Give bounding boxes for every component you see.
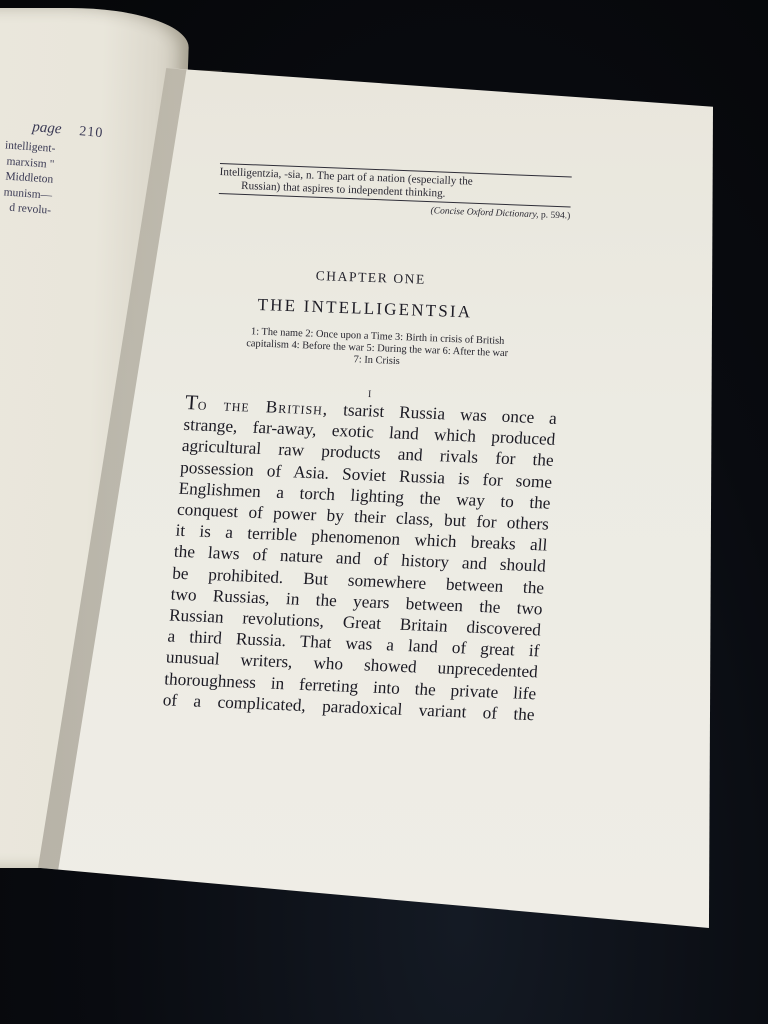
chapter-title: THE INTELLIGENTSIA: [257, 295, 472, 322]
chapter-label: CHAPTER ONE: [315, 268, 426, 288]
right-page-content: Intelligentzia, -sia, n. The part of a n…: [0, 0, 768, 1024]
source-page: p. 594.): [541, 210, 571, 221]
epigraph: Intelligentzia, -sia, n. The part of a n…: [218, 163, 572, 223]
source-title: (Concise Oxford Dictionary,: [430, 206, 538, 220]
body-text: To the British, tsarist Russia was once …: [162, 392, 558, 725]
chapter-contents: 1: The name 2: Once upon a Time 3: Birth…: [191, 324, 564, 374]
